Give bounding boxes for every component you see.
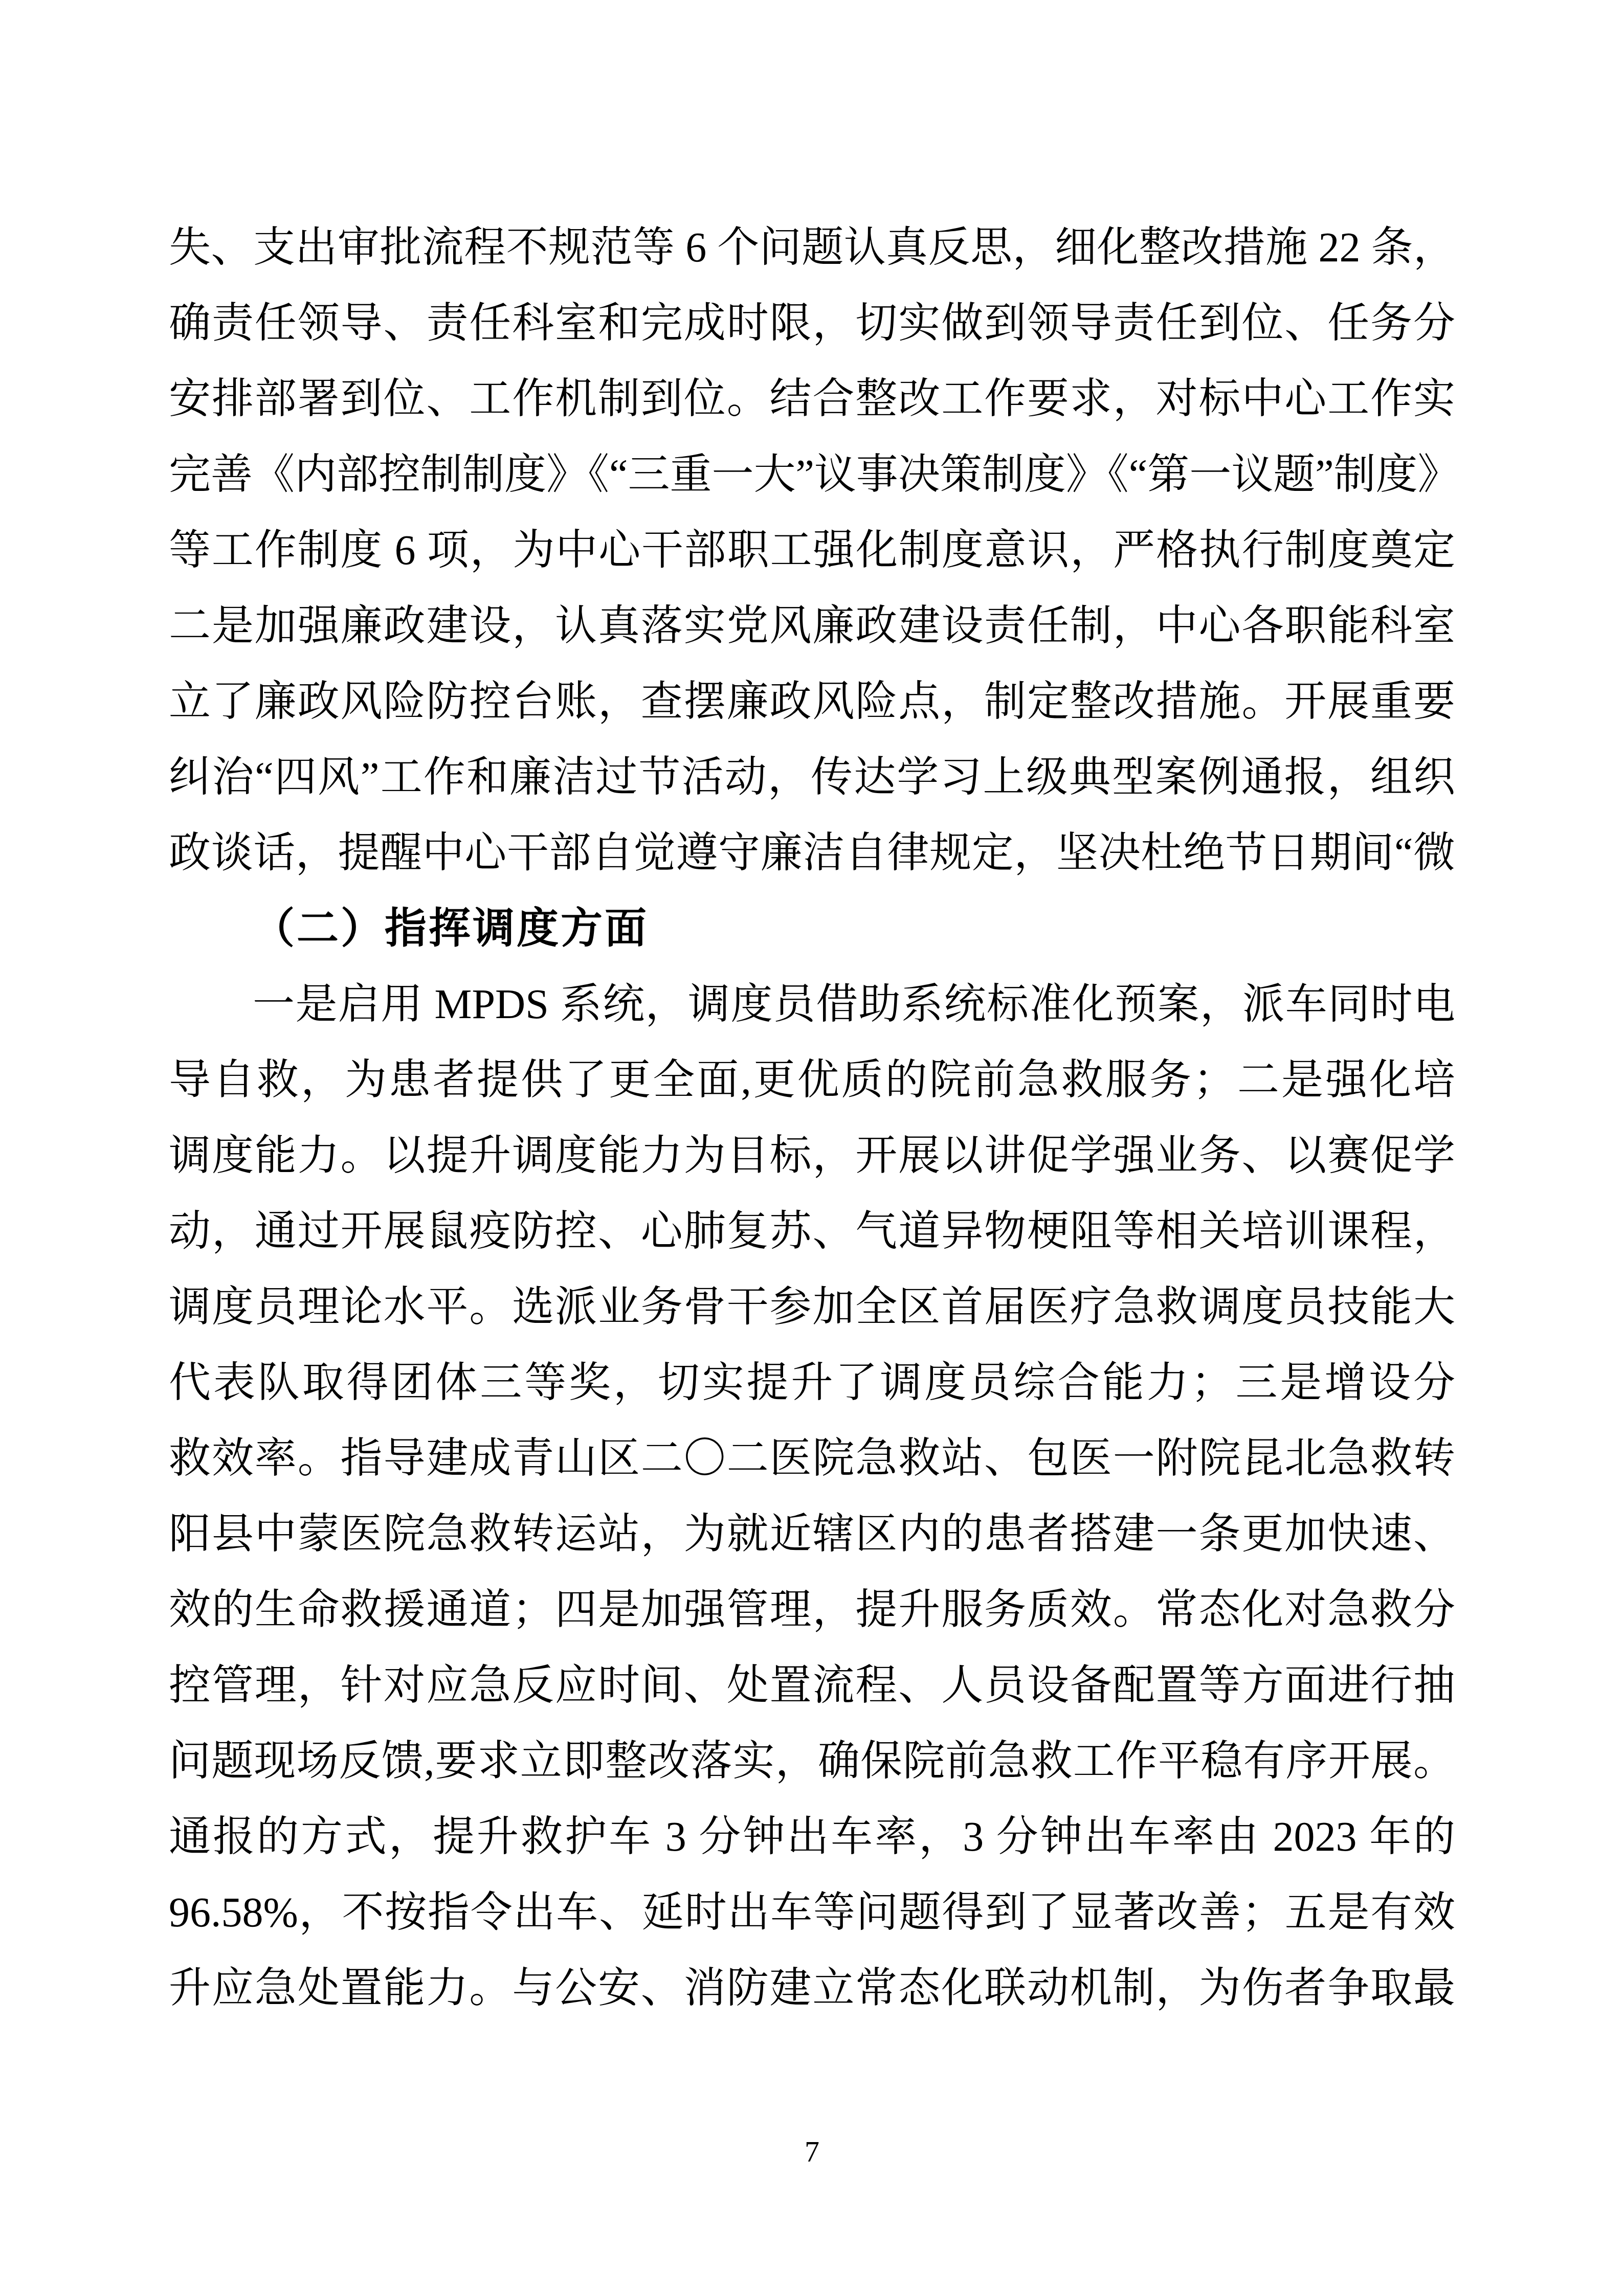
text-line: 立了廉政风险防控台账，查摆廉政风险点，制定整改措施。开展重要节日期间 xyxy=(169,664,1455,739)
text-line: 二是加强廉政建设，认真落实党风廉政建设责任制，中心各职能科室负责人建 xyxy=(169,588,1455,664)
text-line: 动，通过开展鼠疫防控、心肺复苏、气道异物梗阻等相关培训课程，不断强化 xyxy=(169,1194,1455,1269)
text-line: 完善《内部控制制度》《“三重一大”议事决策制度》《“第一议题”制度》 xyxy=(169,437,1455,512)
section-heading: （二）指挥调度方面 xyxy=(169,891,1455,966)
document-page: 失、支出审批流程不规范等 6 个问题认真反思，细化整改措施 22 条，逐一明确责… xyxy=(0,0,1624,2296)
text-line: 代表队取得团体三等奖，切实提升了调度员综合能力；三是增设分站，提高急 xyxy=(169,1345,1455,1421)
text-line: 失、支出审批流程不规范等 6 个问题认真反思，细化整改措施 22 条，逐一明 xyxy=(169,210,1455,285)
text-line: 一是启用 MPDS 系统，调度员借助系统标准化预案，派车同时电话远程指 xyxy=(169,966,1455,1042)
text-line: 96.58%，不按指令出车、延时出车等问题得到了显著改善；五是有效联动，提 xyxy=(169,1875,1455,1950)
text-line: 导自救，为患者提供了更全面,更优质的院前急救服务；二是强化培训，提升 xyxy=(169,1042,1455,1118)
document-body: 失、支出审批流程不规范等 6 个问题认真反思，细化整改措施 22 条，逐一明确责… xyxy=(169,210,1455,2026)
page-number: 7 xyxy=(0,2131,1624,2172)
text-line: 确责任领导、责任科室和完成时限，切实做到领导责任到位、任务分解到位、 xyxy=(169,285,1455,361)
text-line: 救效率。指导建成青山区二〇二医院急救站、包医一附院昆北急救转运站和固 xyxy=(169,1421,1455,1496)
text-line: 问题现场反馈,要求立即整改落实，确保院前急救工作平稳有序开展。采取日 xyxy=(169,1723,1455,1799)
text-line: 安排部署到位、工作机制到位。结合整改工作要求，对标中心工作实际，修订 xyxy=(169,361,1455,437)
text-line: 政谈话，提醒中心干部自觉遵守廉洁自律规定，坚决杜绝节日期间“微腐败”。 xyxy=(169,815,1455,891)
text-line: 升应急处置能力。与公安、消防建立常态化联动机制，为伤者争取最佳救治时 xyxy=(169,1950,1455,2026)
text-line: 调度员理论水平。选派业务骨干参加全区首届医疗急救调度员技能大赛，中心 xyxy=(169,1269,1455,1345)
text-line: 等工作制度 6 项，为中心干部职工强化制度意识，严格执行制度奠定了基础； xyxy=(169,512,1455,588)
text-line: 纠治“四风”工作和廉洁过节活动，传达学习上级典型案例通报，组织集体廉 xyxy=(169,739,1455,815)
text-line: 调度能力。以提升调度能力为目标，开展以讲促学强业务、以赛促学强技能活 xyxy=(169,1118,1455,1194)
text-line: 阳县中蒙医院急救转运站，为就近辖区内的患者搭建一条更加快速、安全、高 xyxy=(169,1496,1455,1572)
text-line: 效的生命救援通道；四是加强管理，提升服务质效。常态化对急救分站开展质 xyxy=(169,1572,1455,1648)
text-line: 控管理，针对应急反应时间、处置流程、人员设备配置等方面进行抽查，发现 xyxy=(169,1648,1455,1723)
text-line: 通报的方式，提升救护车 3 分钟出车率，3 分钟出车率由 2023 年的 93%… xyxy=(169,1799,1455,1875)
